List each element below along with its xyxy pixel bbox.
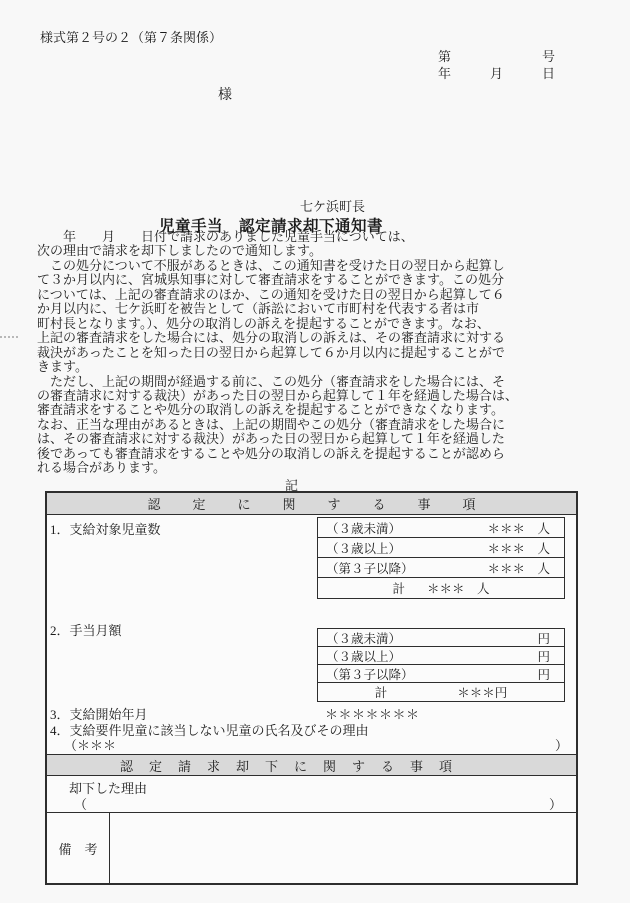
rejection-close-paren: ）	[549, 794, 562, 813]
issuer-name: 七ケ浜町長	[300, 196, 365, 215]
body-line: 審査請求をすることや処分の取消しの訴えを提起することができなくなります。	[37, 403, 597, 417]
date-line: 年 月 日	[438, 63, 555, 82]
body-line: れる場合があります。	[37, 461, 597, 475]
row-value: 円	[537, 629, 550, 647]
item1-label: 1．支給対象児童数	[50, 519, 161, 538]
addressee-suffix: 様	[218, 84, 232, 104]
monthly-amount-table: （３歳未満） 円 （３歳以上） 円 （第３子以降） 円 計 ＊＊＊円	[317, 628, 565, 702]
row-value: ＊＊＊ 人	[487, 539, 550, 557]
item4-value-open: （＊＊＊	[64, 735, 116, 754]
body-line: 町村長となります。）、処分の取消しの訴えを提起することができます。なお、	[37, 317, 597, 331]
body-line: この処分について不服があるときは、この通知書を受けた日の翌日から起算し	[37, 259, 597, 273]
total-label: 計	[392, 579, 405, 597]
rejection-open-paren: （	[74, 794, 87, 813]
rejection-reason-value-row: （ ）	[47, 794, 576, 813]
total-value: ＊＊＊ 人	[427, 579, 490, 597]
body-line: ただし、上記の期間が経過する前に、この処分（審査請求をした場合には、そ	[37, 375, 597, 389]
total-label: 計	[375, 683, 388, 701]
row-value: ＊＊＊ 人	[487, 559, 550, 577]
row-value: ＊＊＊ 人	[487, 519, 550, 537]
section-header-certification: 認 定 に 関 す る 事 項	[47, 493, 576, 515]
body-line: 年 月 日付で請求のありました児童手当については、	[37, 230, 597, 244]
body-line: か月以内に、七ケ浜町を被告として（訴訟において市町村を代表する者は市	[37, 302, 597, 316]
body-line: については、上記の審査請求のほか、この通知を受けた日の翌日から起算して６	[37, 288, 597, 302]
fold-mark	[0, 336, 18, 338]
body-line: の審査請求に対する裁決）があった日の翌日から起算して１年を経過した場合は、	[37, 389, 597, 403]
table-row: （３歳以上） ＊＊＊ 人	[318, 538, 564, 558]
row-label: （３歳以上）	[326, 647, 401, 665]
table-row: （第３子以降） 円	[318, 665, 564, 683]
body-line: 上記の審査請求をした場合には、処分の取消しの訴えは、その審査請求に対する	[37, 331, 597, 345]
table-row: （３歳未満） 円	[318, 629, 564, 647]
item2-label: 2．手当月額	[50, 620, 122, 639]
body-line: て３か月以内に、宮城県知事に対して審査請求をすることができます。この処分	[37, 273, 597, 287]
body-line: は、その審査請求に対する裁決）があった日の翌日から起算して１年を経過した	[37, 432, 597, 446]
row-value: 円	[537, 647, 550, 665]
row-value: 円	[537, 665, 550, 683]
total-value: ＊＊＊円	[457, 683, 507, 701]
certification-items-cell: 1．支給対象児童数 （３歳未満） ＊＊＊ 人 （３歳以上） ＊＊＊ 人 （第３子…	[47, 515, 576, 754]
form-number: 様式第２号の２（第７条関係）	[40, 27, 222, 46]
remarks-row: 備 考	[47, 812, 576, 883]
body-line: 次の理由で請求を却下しましたので通知します。	[37, 244, 597, 258]
table-row: （３歳未満） ＊＊＊ 人	[318, 518, 564, 538]
main-table: 認 定 に 関 す る 事 項 1．支給対象児童数 （３歳未満） ＊＊＊ 人 （…	[45, 491, 578, 885]
remarks-label-cell: 備 考	[47, 813, 110, 883]
table-row: （３歳以上） 円	[318, 647, 564, 665]
remarks-empty-cell	[110, 813, 576, 883]
row-label: （３歳未満）	[326, 519, 401, 537]
row-label: （第３子以降）	[326, 665, 414, 683]
body-paragraphs: 年 月 日付で請求のありました児童手当については、 次の理由で請求を却下しました…	[37, 230, 597, 476]
row-label: （３歳以上）	[326, 539, 401, 557]
children-count-table: （３歳未満） ＊＊＊ 人 （３歳以上） ＊＊＊ 人 （第３子以降） ＊＊＊ 人 …	[317, 517, 565, 599]
scanned-form-page: 様式第２号の２（第７条関係） 第 号 年 月 日 様 七ケ浜町長 児童手当 認定…	[0, 0, 630, 903]
table-total-row: 計 ＊＊＊円	[318, 683, 564, 701]
body-line: きます。	[37, 360, 597, 374]
body-line: 裁決があったことを知った日の翌日から起算して６か月以内に提起することがで	[37, 346, 597, 360]
item4-value-row: （＊＊＊ ）	[47, 735, 576, 754]
item4-value-close: ）	[555, 735, 568, 754]
row-label: （第３子以降）	[326, 559, 414, 577]
table-total-row: 計 ＊＊＊ 人	[318, 578, 564, 598]
body-line: なお、正当な理由があるときは、上記の期間やこの処分（審査請求をした場合に	[37, 418, 597, 432]
table-row: （第３子以降） ＊＊＊ 人	[318, 558, 564, 578]
rejection-reason-cell: 却下した理由 （ ）	[47, 776, 576, 812]
row-label: （３歳未満）	[326, 629, 401, 647]
body-line: 後であっても審査請求をすることや処分の取消しの訴えを提起することが認めら	[37, 447, 597, 461]
